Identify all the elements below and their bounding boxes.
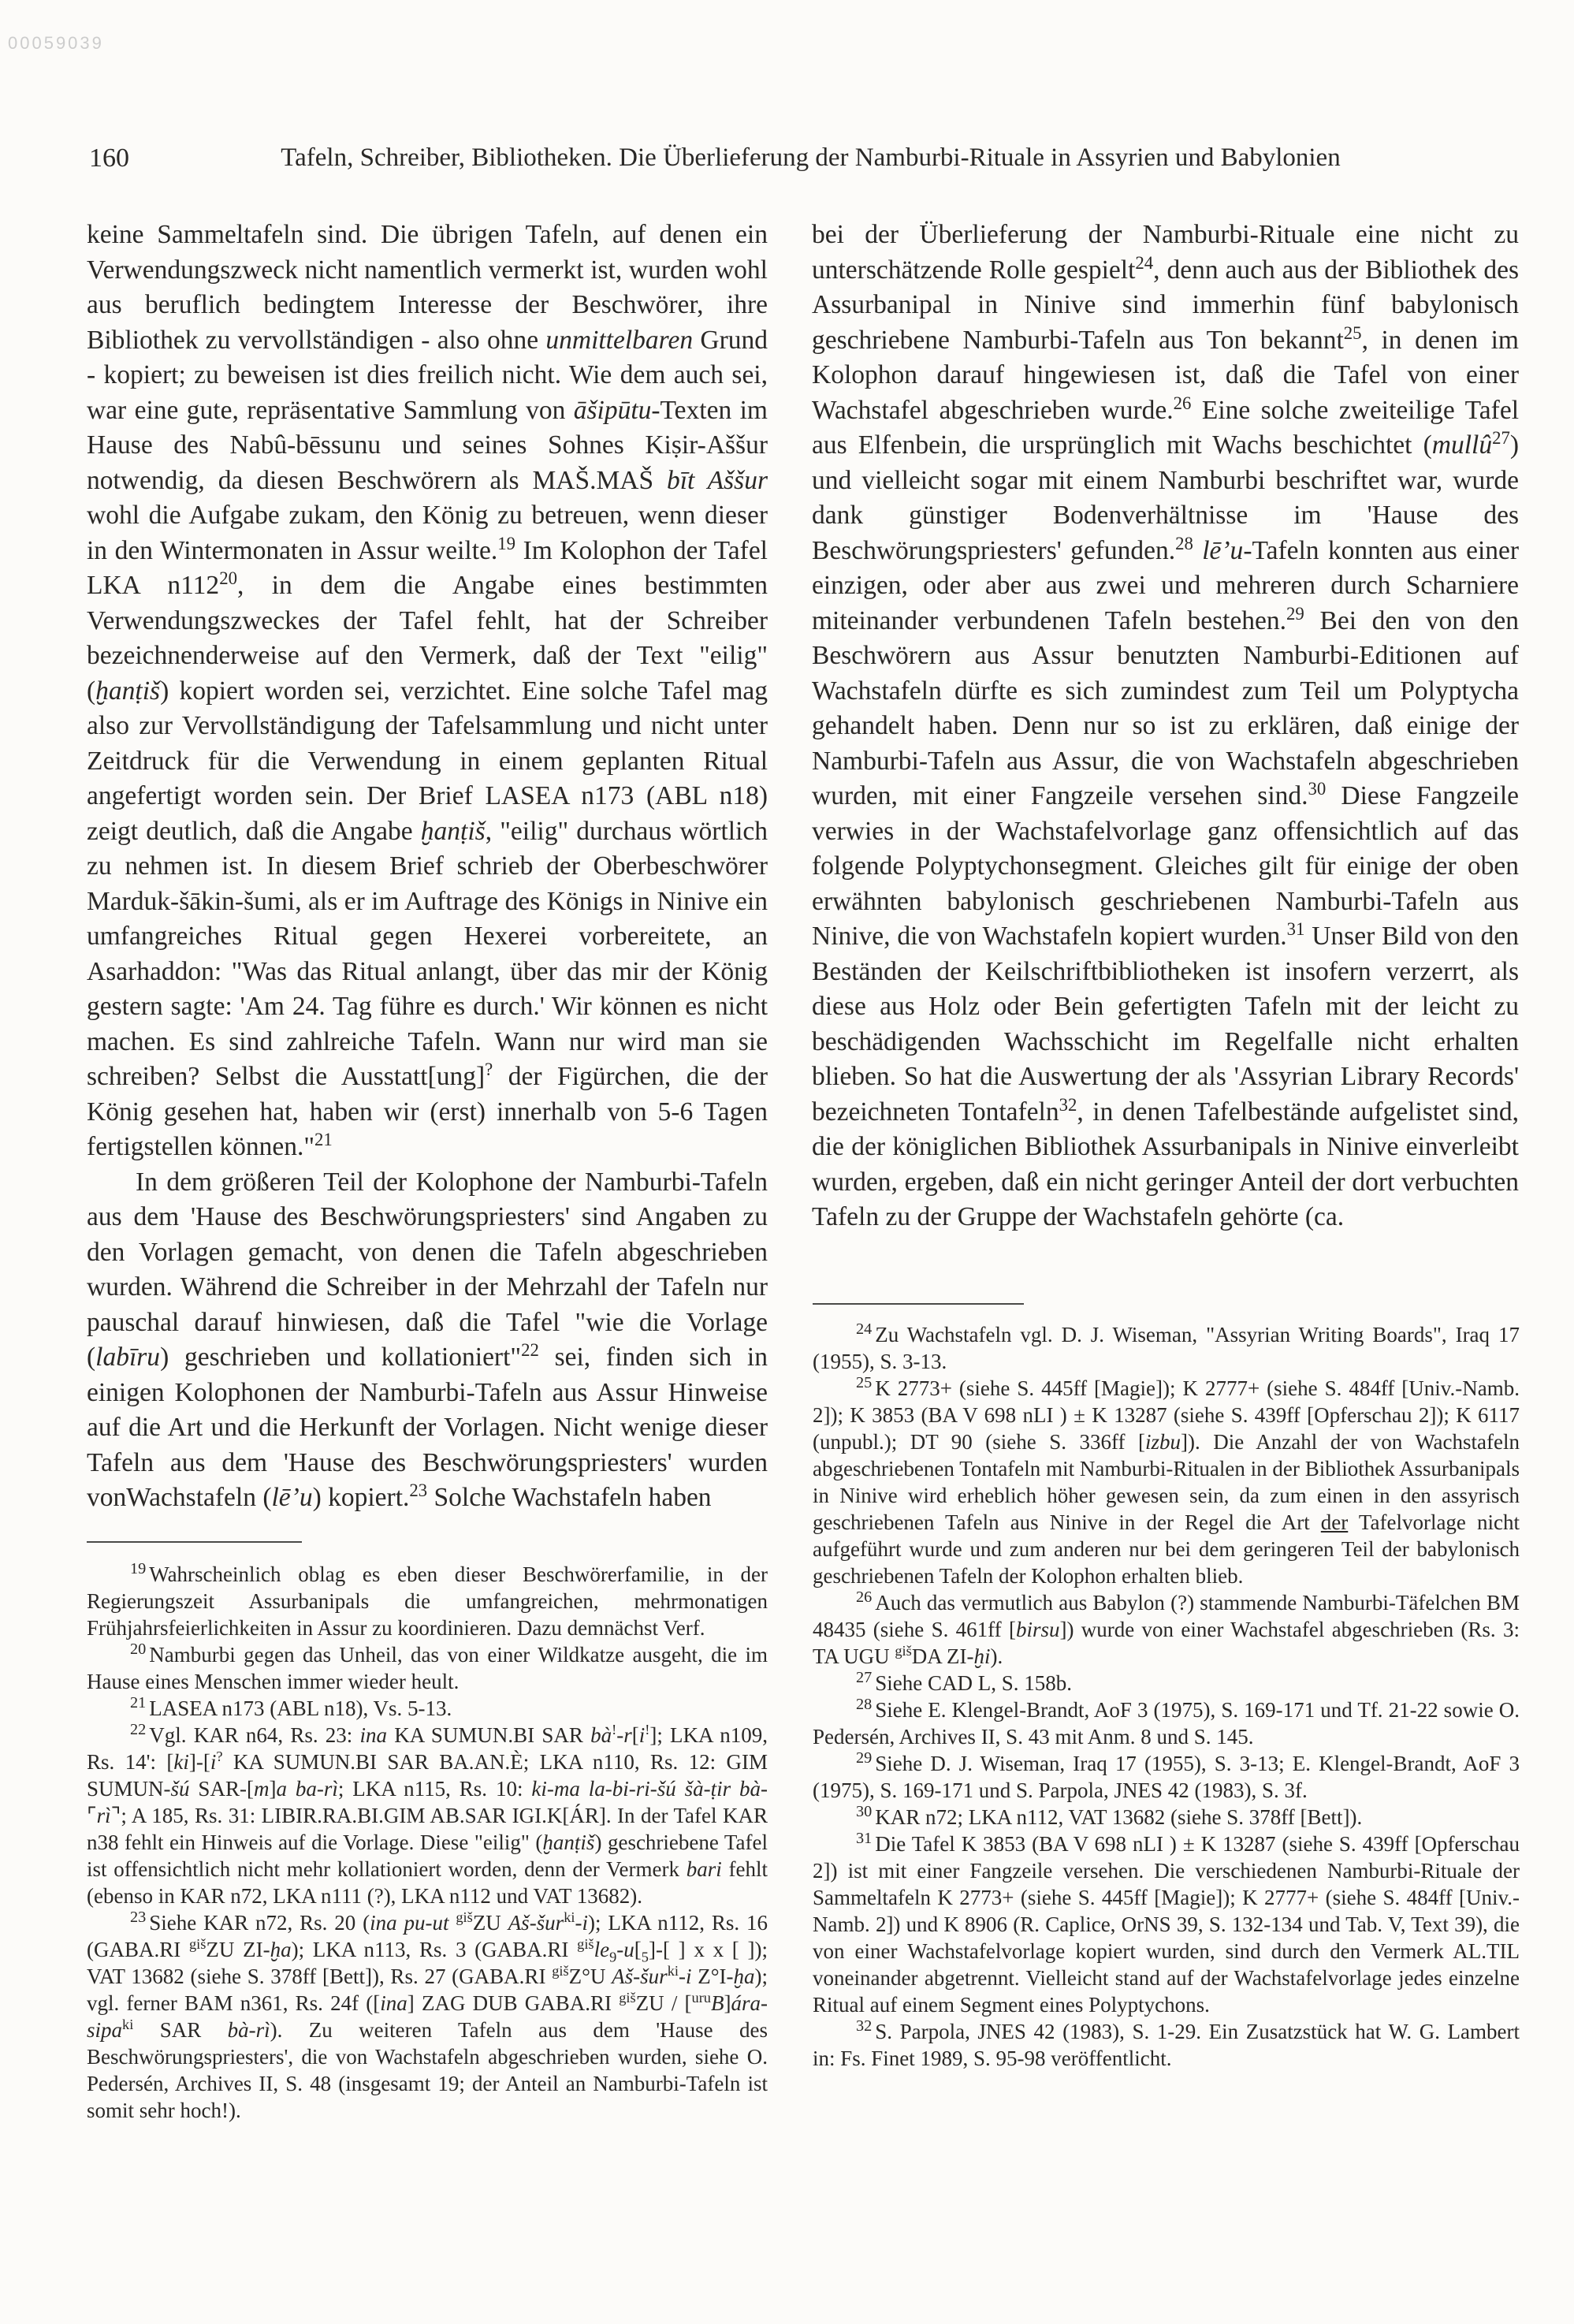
footnote: 31Die Tafel K 3853 (BA V 698 nLI ) ± K 1… — [813, 1831, 1520, 2018]
footnote-number: 23 — [130, 1909, 146, 1926]
footnote-number: 32 — [856, 2017, 872, 2035]
footnote-number: 19 — [130, 1560, 146, 1577]
book-page: 00059039 160 Tafeln, Schreiber, Biblioth… — [0, 0, 1574, 2324]
paragraph: In dem größeren Teil der Kolophone der N… — [87, 1165, 768, 1516]
footnote-number: 25 — [856, 1374, 872, 1391]
footnote: 25K 2773+ (siehe S. 445ff [Magie]); K 27… — [813, 1375, 1520, 1589]
scan-stamp: 00059039 — [8, 33, 104, 54]
left-column-body: keine Sammeltafeln sind. Die übrigen Taf… — [87, 218, 768, 1516]
footnote: 30KAR n72; LKA n112, VAT 13682 (siehe S.… — [813, 1804, 1520, 1831]
footnote-separator-left — [87, 1541, 302, 1543]
footnote-number: 26 — [856, 1588, 872, 1606]
page-number: 160 — [89, 143, 129, 173]
footnote-number: 27 — [856, 1669, 872, 1686]
paragraph: keine Sammeltafeln sind. Die übrigen Taf… — [87, 218, 768, 1165]
footnote: 27Siehe CAD L, S. 158b. — [813, 1670, 1520, 1696]
footnote-number: 20 — [130, 1641, 146, 1658]
footnote-separator-right — [813, 1303, 1024, 1305]
footnote: 24Zu Wachstafeln vgl. D. J. Wiseman, "As… — [813, 1321, 1520, 1375]
footnote: 32S. Parpola, JNES 42 (1983), S. 1-29. E… — [813, 2018, 1520, 2072]
footnote: 21LASEA n173 (ABL n18), Vs. 5-13. — [87, 1695, 768, 1722]
footnote: 26Auch das vermutlich aus Babylon (?) st… — [813, 1589, 1520, 1670]
footnote: 22Vgl. KAR n64, Rs. 23: ina KA SUMUN.BI … — [87, 1722, 768, 1909]
footnote-number: 29 — [856, 1749, 872, 1767]
footnote-number: 22 — [130, 1721, 146, 1738]
footnote-number: 28 — [856, 1696, 872, 1713]
footnote: 29Siehe D. J. Wiseman, Iraq 17 (1955), S… — [813, 1750, 1520, 1804]
footnote-number: 24 — [856, 1320, 872, 1338]
footnote-number: 30 — [856, 1803, 872, 1820]
right-column-footnotes: 24Zu Wachstafeln vgl. D. J. Wiseman, "As… — [813, 1321, 1520, 2072]
footnote-number: 21 — [130, 1694, 146, 1711]
footnote: 19Wahrscheinlich oblag es eben dieser Be… — [87, 1561, 768, 1641]
paragraph: bei der Überlieferung der Namburbi-Ritua… — [812, 218, 1519, 1235]
left-column-footnotes: 19Wahrscheinlich oblag es eben dieser Be… — [87, 1561, 768, 2124]
footnote-number: 31 — [856, 1830, 872, 1847]
right-column-body: bei der Überlieferung der Namburbi-Ritua… — [812, 218, 1519, 1235]
footnote: 23Siehe KAR n72, Rs. 20 (ina pu-ut gišZU… — [87, 1909, 768, 2124]
running-head: Tafeln, Schreiber, Bibliotheken. Die Übe… — [189, 143, 1432, 173]
footnote: 20Namburbi gegen das Unheil, das von ein… — [87, 1641, 768, 1695]
footnote: 28Siehe E. Klengel-Brandt, AoF 3 (1975),… — [813, 1696, 1520, 1750]
